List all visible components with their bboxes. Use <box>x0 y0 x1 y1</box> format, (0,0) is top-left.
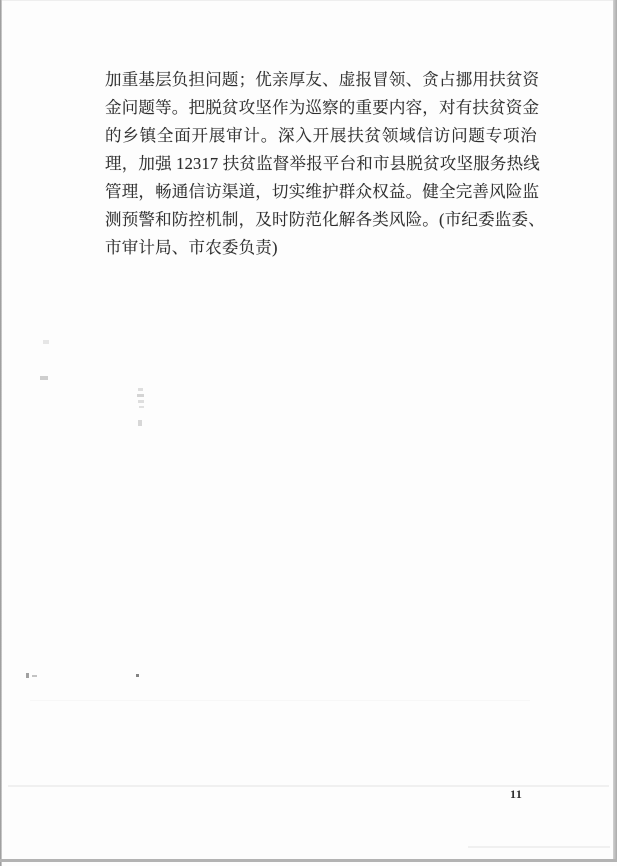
scan-speck <box>43 340 49 344</box>
scan-speck <box>138 388 143 391</box>
paragraph-line: 的乡镇全面开展审计。深入开展扶贫领域信访问题专项治 <box>105 122 537 150</box>
scan-speck <box>139 406 144 408</box>
paragraph-line: 加重基层负担问题；优亲厚友、虚报冒领、贪占挪用扶贫资 <box>105 66 537 94</box>
scan-speck <box>40 376 48 380</box>
scan-speck <box>26 673 29 678</box>
scanned-document-page: { "doc": { "paragraph_lines": [ "加重基层负担问… <box>0 0 617 866</box>
scan-streak <box>30 700 530 701</box>
page-edge-top <box>0 0 617 1</box>
page-number: 11 <box>510 787 522 802</box>
paragraph-line: 金问题等。把脱贫攻坚作为巡察的重要内容，对有扶贫资金 <box>105 94 537 122</box>
paragraph-line: 市审计局、市农委负责) <box>105 234 537 262</box>
scan-streak <box>468 846 610 848</box>
page-edge-right <box>613 0 617 860</box>
paragraph-line: 理，加强 12317 扶贫监督举报平台和市县脱贫攻坚服务热线 <box>105 150 537 178</box>
scan-speck <box>136 674 139 677</box>
scan-speck <box>138 420 142 426</box>
paragraph-block: 加重基层负担问题；优亲厚友、虚报冒领、贪占挪用扶贫资 金问题等。把脱贫攻坚作为巡… <box>105 66 537 262</box>
scan-speck <box>32 675 37 677</box>
paragraph-line: 管理，畅通信访渠道，切实维护群众权益。健全完善风险监 <box>105 178 537 206</box>
paragraph-line: 测预警和防控机制，及时防范化解各类风险。(市纪委监委、 <box>105 206 537 234</box>
scan-speck <box>137 394 144 397</box>
page-edge-left <box>0 0 2 866</box>
page-edge-bottom <box>0 859 617 862</box>
scan-speck <box>138 400 144 403</box>
